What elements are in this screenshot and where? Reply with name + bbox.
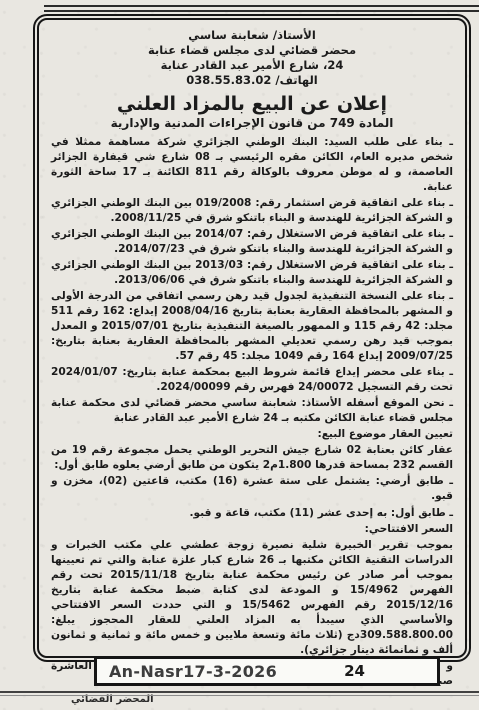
paragraph-ground-floor: ـ طابق أرضي: يشتمل على ستة عشرة (16) مكت… xyxy=(51,474,453,504)
bottom-divider-rule xyxy=(0,691,479,696)
paragraph-loan-2013: ـ بناء على اتفاقية قرض الاستغلال رقم: 20… xyxy=(51,258,453,288)
property-designation-heading: تعيين العقار موضوع البيع: xyxy=(51,427,453,442)
page-number: 24 xyxy=(344,662,365,680)
top-divider-rule xyxy=(44,5,479,12)
auction-notice-frame: الأستاذ/ شعابنة ساسي محضر قضائي لدى مجلس… xyxy=(33,14,471,662)
paragraph-request: ـ بناء على طلب السيد: البنك الوطني الجزا… xyxy=(51,135,453,195)
notice-title: إعلان عن البيع بالمزاد العلني xyxy=(51,93,453,115)
opening-price-heading: السعر الافتتاحي: xyxy=(51,522,453,537)
paragraph-first-floor: ـ طابق أول: به إحدى عشر (11) مكتب، قاعة … xyxy=(51,506,453,521)
newspaper-name-date: An-Nasr17-3-2026 xyxy=(97,662,277,681)
paragraph-loan-2008: ـ بناء على اتفاقية قرض استثمار رقم: 019/… xyxy=(51,196,453,226)
office-address: 24، شارع الأمير عبد القادر عنابة xyxy=(51,58,453,73)
paragraph-mortgage-registry: ـ بناء على النسخة التنفيذية لجدول قيد ره… xyxy=(51,289,453,364)
paragraph-undersigned-bailiff: ـ نحن الموقع أسفله الأستاذ: شعابنة ساسي … xyxy=(51,396,453,426)
notice-header: الأستاذ/ شعابنة ساسي محضر قضائي لدى مجلس… xyxy=(51,28,453,88)
bailiff-name: الأستاذ/ شعابنة ساسي xyxy=(51,28,453,43)
phone-number: الهاتف/ 038.55.83.02 xyxy=(51,73,453,88)
newspaper-caption-box: An-Nasr17-3-2026 24 xyxy=(94,656,440,686)
paragraph-sale-conditions-deposit: ـ بناء على محضر إيداع قائمة شروط البيع ب… xyxy=(51,365,453,395)
bailiff-title: محضر قضائي لدى مجلس قضاء عنابة xyxy=(51,43,453,58)
paragraph-loan-2014: ـ بناء على اتفاقية قرض الاستغلال رقم: 20… xyxy=(51,227,453,257)
legal-article-subtitle: المادة 749 من قانون الإجراءات المدنية وا… xyxy=(51,116,453,130)
notice-body: ـ بناء على طلب السيد: البنك الوطني الجزا… xyxy=(51,135,453,689)
paragraph-property-description: عقار كائن بعنابة 02 شارع جيش التحرير الو… xyxy=(51,443,453,473)
paragraph-expert-valuation: بموجب تقرير الخبيرة شلية نصيرة زوجة عطشي… xyxy=(51,538,453,658)
